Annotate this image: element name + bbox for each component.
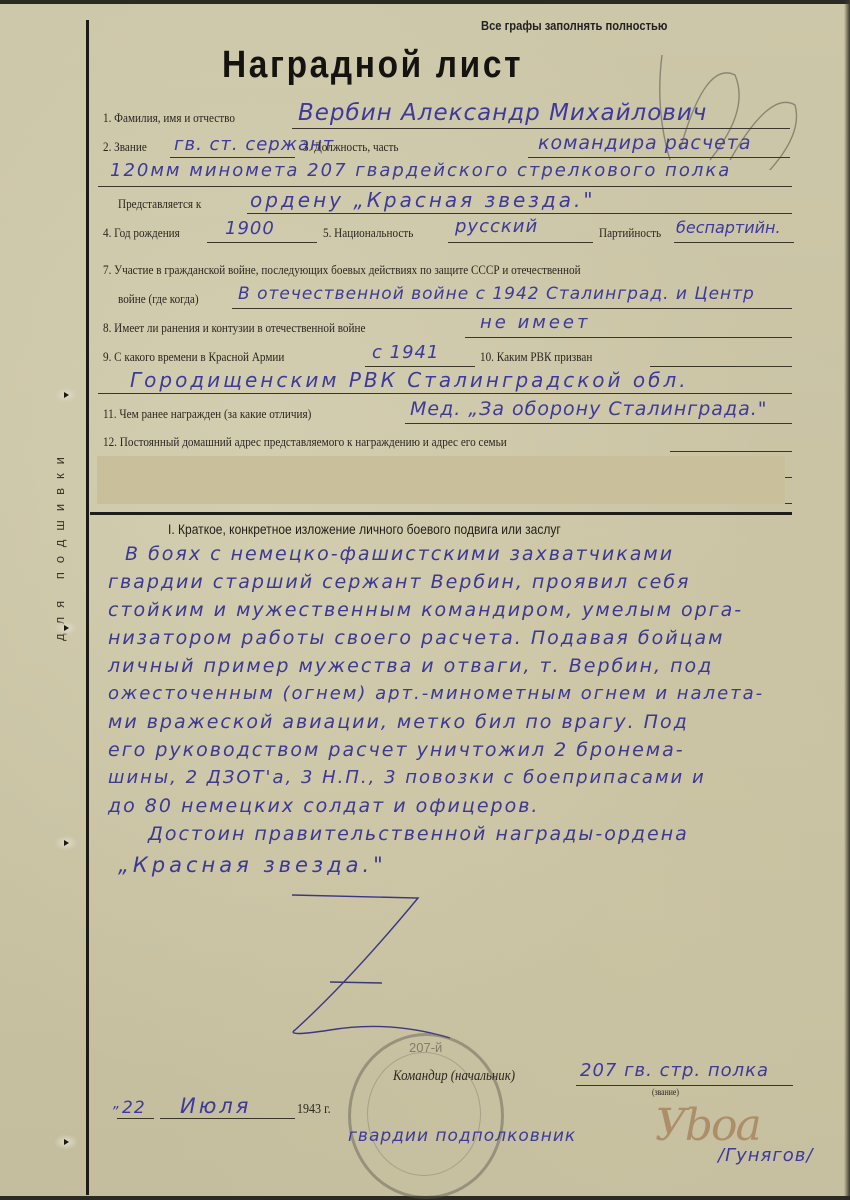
party-value: беспартийн. bbox=[676, 218, 781, 237]
date-quote-open: „ bbox=[113, 1096, 121, 1112]
field-1-underline bbox=[292, 128, 790, 129]
presented-value: ордену „Красная звезда." bbox=[250, 188, 596, 212]
section-divider bbox=[90, 512, 792, 515]
field-11-label: 11. Чем ранее награжден (за какие отличи… bbox=[103, 406, 311, 422]
signatory-name: /Гунягов/ bbox=[718, 1145, 813, 1166]
field-9-value: с 1941 bbox=[372, 342, 439, 363]
signature-scribble-icon bbox=[290, 890, 510, 1040]
narrative-line: Достоин правительственной награды-ордена bbox=[148, 823, 689, 845]
party-underline bbox=[674, 242, 794, 243]
field-7-value: В отечественной войне с 1942 Сталинград.… bbox=[238, 284, 755, 304]
field-2-underline bbox=[170, 157, 295, 158]
scan-edge-right bbox=[844, 0, 850, 1200]
binding-label: для подшивки bbox=[52, 445, 82, 645]
field-3-underline-2 bbox=[98, 186, 792, 187]
field-11-value: Мед. „За оборону Сталинграда." bbox=[410, 398, 768, 420]
field-3-underline bbox=[528, 157, 790, 158]
field-4-value: 1900 bbox=[225, 218, 275, 239]
field-8-label: 8. Имеет ли ранения и контузии в отечест… bbox=[103, 320, 365, 336]
commander-label: Командир (начальник) bbox=[393, 1068, 515, 1085]
redacted-address-block bbox=[97, 456, 785, 504]
field-7-underline bbox=[232, 308, 792, 309]
narrative-line: ожесточенным (огнем) арт.-минометным огн… bbox=[108, 683, 764, 704]
field-5-underline bbox=[448, 242, 593, 243]
field-4-label: 4. Год рождения bbox=[103, 225, 180, 241]
presented-underline bbox=[247, 213, 792, 214]
field-10-value: Городищенским РВК Сталинградской обл. bbox=[130, 368, 689, 392]
stamp-text: 207-й bbox=[409, 1040, 442, 1055]
field-10-underline-2 bbox=[98, 393, 792, 394]
narrative-line: до 80 немецких солдат и офицеров. bbox=[108, 795, 539, 817]
field-9-underline bbox=[365, 366, 475, 367]
field-11-underline bbox=[405, 423, 792, 424]
field-8-value: не имеет bbox=[480, 312, 590, 333]
narrative-line: его руководством расчет уничтожил 2 брон… bbox=[108, 739, 685, 761]
field-2-label: 2. Звание bbox=[103, 139, 147, 155]
field-7-label-line2: войне (где когда) bbox=[118, 291, 199, 307]
field-5-label: 5. Национальность bbox=[323, 225, 413, 241]
page-title: Наградной лист bbox=[222, 44, 523, 87]
field-8-underline bbox=[465, 337, 792, 338]
field-7-label-line1: 7. Участие в гражданской войне, последую… bbox=[103, 262, 581, 278]
narrative-line: шины, 2 ДЗОТ'а, 3 Н.П., 3 повозки с боеп… bbox=[108, 767, 706, 788]
punch-hole-icon bbox=[55, 621, 77, 635]
rank-caption: (звание) bbox=[652, 1087, 679, 1097]
instruction-note: Все графы заполнять полностью bbox=[481, 18, 667, 33]
rank-value: гвардии подполковник bbox=[348, 1126, 576, 1146]
narrative-line: „Красная звезда." bbox=[118, 853, 387, 877]
narrative-line: В боях с немецко-фашистскими захватчикам… bbox=[125, 543, 674, 565]
narrative-line: гвардии старший сержант Вербин, проявил … bbox=[108, 571, 690, 593]
date-month-underline bbox=[160, 1118, 295, 1119]
field-10-underline bbox=[650, 366, 792, 367]
presented-label: Представляется к bbox=[118, 196, 201, 212]
date-month: Июля bbox=[180, 1094, 251, 1118]
punch-hole-icon bbox=[55, 388, 77, 402]
field-3-value-line1: командира расчета bbox=[538, 132, 752, 154]
punch-hole-icon bbox=[55, 1135, 77, 1149]
field-1-value: Вербин Александр Михайлович bbox=[298, 100, 707, 126]
punch-hole-icon bbox=[55, 836, 77, 850]
field-4-underline bbox=[207, 242, 317, 243]
date-day-underline bbox=[117, 1118, 154, 1119]
scan-edge-top bbox=[0, 0, 850, 4]
field-12-underline bbox=[670, 451, 792, 452]
narrative-line: низатором работы своего расчета. Подавая… bbox=[108, 627, 724, 649]
narrative-line: личный пример мужества и отваги, т. Верб… bbox=[108, 655, 713, 677]
signature-brown-icon: Уbоа bbox=[655, 1100, 760, 1151]
field-5-value: русский bbox=[455, 216, 538, 237]
narrative-line: стойким и мужественным командиром, умелы… bbox=[108, 599, 743, 621]
field-3-value-line2: 120мм миномета 207 гвардейского стрелков… bbox=[110, 160, 731, 181]
field-12-label: 12. Постоянный домашний адрес представля… bbox=[103, 434, 507, 450]
narrative-line: ми вражеской авиации, метко бил по врагу… bbox=[108, 711, 689, 733]
section-heading: I. Краткое, конкретное изложение личного… bbox=[168, 521, 561, 537]
binding-margin-line bbox=[86, 20, 89, 1195]
field-1-label: 1. Фамилия, имя и отчество bbox=[103, 110, 235, 126]
field-9-label: 9. С какого времени в Красной Армии bbox=[103, 349, 284, 365]
field-10-label: 10. Каким РВК призван bbox=[480, 349, 592, 365]
date-year: 1943 г. bbox=[297, 1102, 331, 1118]
party-label: Партийность bbox=[599, 225, 661, 241]
commander-value: 207 гв. стр. полка bbox=[580, 1060, 769, 1081]
date-day: 22 bbox=[122, 1098, 146, 1118]
commander-underline bbox=[576, 1085, 793, 1086]
field-3-label: 3. Должность, часть bbox=[303, 139, 398, 155]
official-stamp: 207-й bbox=[348, 1033, 504, 1199]
